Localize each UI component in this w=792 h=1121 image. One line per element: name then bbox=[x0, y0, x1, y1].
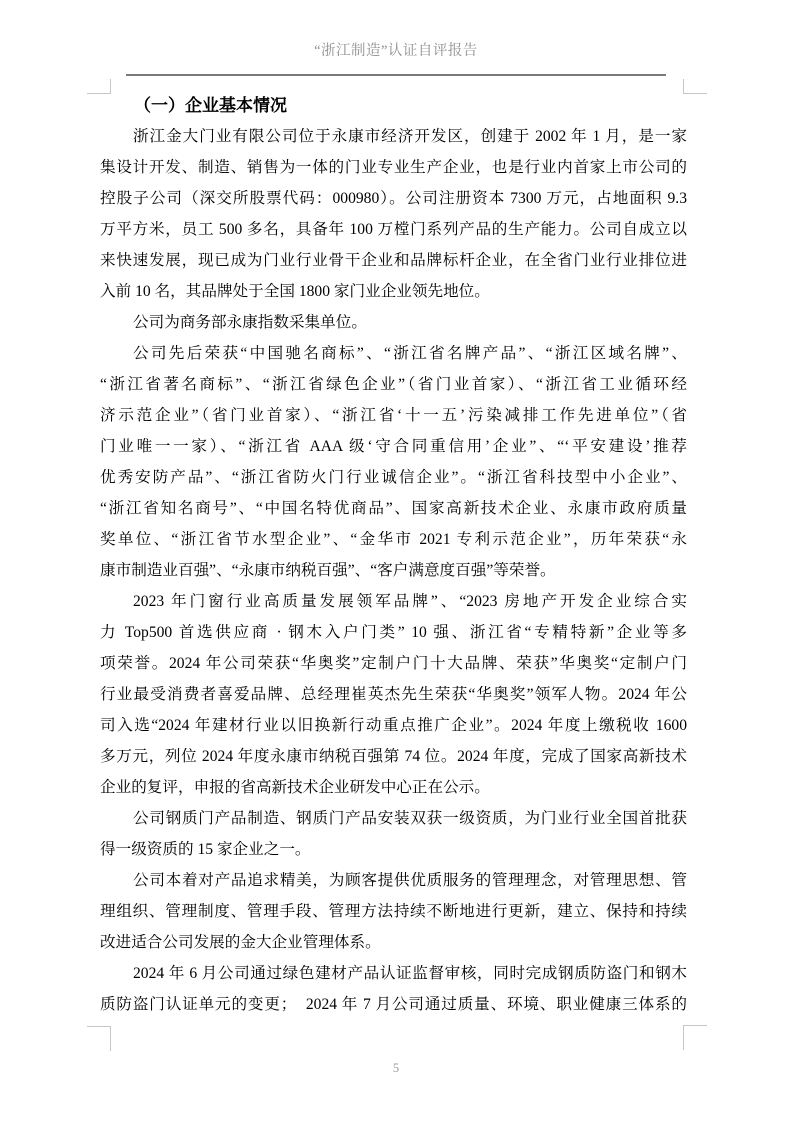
paragraph-line: 多万元，列位 2024 年度永康市纳税百强第 74 位。2024 年度，完成了国… bbox=[100, 741, 687, 772]
paragraph-line: “浙江省知名商号”、“中国名特优商品”、国家高新技术企业、永康市政府质量 bbox=[100, 493, 687, 524]
paragraph-line: “浙江省著名商标”、“浙江省绿色企业”（省门业首家）、“浙江省工业循环经 bbox=[100, 369, 687, 400]
document-text-column: （一）企业基本情况 浙江金大门业有限公司位于永康市经济开发区，创建于 2002 … bbox=[100, 90, 687, 1020]
paragraph-line: 企业的复评，申报的省高新技术企业研发中心正在公示。 bbox=[100, 772, 687, 803]
paragraph-line: 2024 年 6 月公司通过绿色建材产品认证监督审核，同时完成钢质防盗门和钢木 bbox=[100, 958, 687, 989]
page-number: 5 bbox=[0, 1061, 792, 1076]
paragraph-line: 来快速发展，现已成为门业行业骨干企业和品牌标杆企业，在全省门业行业排位进 bbox=[100, 245, 687, 276]
paragraph-line: 控股子公司（深交所股票代码：000980）。公司注册资本 7300 万元，占地面… bbox=[100, 183, 687, 214]
paragraph-line: 2023 年门窗行业高质量发展领军品牌”、“2023 房地产开发企业综合实 bbox=[100, 586, 687, 617]
paragraph-line: 公司钢质门产品制造、钢质门产品安装双获一级资质，为门业行业全国首批获 bbox=[100, 803, 687, 834]
paragraph-line: 济示范企业”（省门业首家）、“浙江省‘十一五’污染减排工作先进单位”（省 bbox=[100, 400, 687, 431]
paragraph-line: 万平方米，员工 500 多名，具备年 100 万樘门系列产品的生产能力。公司自成… bbox=[100, 214, 687, 245]
section-heading: （一）企业基本情况 bbox=[100, 90, 687, 121]
paragraph-line: 得一级资质的 15 家企业之一。 bbox=[100, 834, 687, 865]
paragraph-line: 司入选“2024 年建材行业以旧换新行动重点推广企业”。2024 年度上缴税收 … bbox=[100, 710, 687, 741]
paragraph-line: 项荣誉。2024 年公司荣获“华奥奖”定制户门十大品牌、荣获”华奥奖“定制户门 bbox=[100, 648, 687, 679]
paragraph-line: 康市制造业百强”、“永康市纳税百强”、“客户满意度百强”等荣誉。 bbox=[100, 555, 687, 586]
paragraph-line: 力 Top500 首选供应商 · 钢木入户门类” 10 强、浙江省“专精特新”企… bbox=[100, 617, 687, 648]
paragraph-line: 公司为商务部永康指数采集单位。 bbox=[100, 307, 687, 338]
paragraph-line: 奖单位、“浙江省节水型企业”、“金华市 2021 专利示范企业”，历年荣获“永 bbox=[100, 524, 687, 555]
document-page: “浙江制造”认证自评报告 （一）企业基本情况 浙江金大门业有限公司位于永康市经济… bbox=[0, 0, 792, 1121]
paragraph-line: 公司本着对产品追求精美，为顾客提供优质服务的管理理念，对管理思想、管 bbox=[100, 865, 687, 896]
header-rule bbox=[126, 74, 666, 76]
paragraph-line: 质防盗门认证单元的变更； 2024 年 7 月公司通过质量、环境、职业健康三体系… bbox=[100, 989, 687, 1020]
paragraph-line: 优秀安防产品”、“浙江省防火门行业诚信企业”。“浙江省科技型中小企业”、 bbox=[100, 462, 687, 493]
paragraph-line: 门业唯一一家）、“浙江省 AAA 级‘守合同重信用’企业”、“‘平安建设’推荐 bbox=[100, 431, 687, 462]
document-body: 浙江金大门业有限公司位于永康市经济开发区，创建于 2002 年 1 月，是一家集… bbox=[100, 121, 687, 1020]
paragraph-line: 集设计开发、制造、销售为一体的门业专业生产企业，也是行业内首家上市公司的 bbox=[100, 152, 687, 183]
paragraph-line: 入前 10 名，其品牌处于全国 1800 家门业企业领先地位。 bbox=[100, 276, 687, 307]
crop-mark-bottom-left bbox=[87, 1026, 111, 1051]
paragraph-line: 浙江金大门业有限公司位于永康市经济开发区，创建于 2002 年 1 月，是一家 bbox=[100, 121, 687, 152]
paragraph-line: 行业最受消费者喜爱品牌、总经理崔英杰先生荣获“华奥奖”领军人物。2024 年公 bbox=[100, 679, 687, 710]
crop-mark-bottom-right bbox=[683, 1025, 707, 1050]
paragraph-line: 改进适合公司发展的金大企业管理体系。 bbox=[100, 927, 687, 958]
paragraph-line: 公司先后荣获“中国驰名商标”、“浙江省名牌产品”、“浙江区域名牌”、 bbox=[100, 338, 687, 369]
page-header-title: “浙江制造”认证自评报告 bbox=[0, 43, 792, 60]
paragraph-line: 理组织、管理制度、管理手段、管理方法持续不断地进行更新，建立、保持和持续 bbox=[100, 896, 687, 927]
